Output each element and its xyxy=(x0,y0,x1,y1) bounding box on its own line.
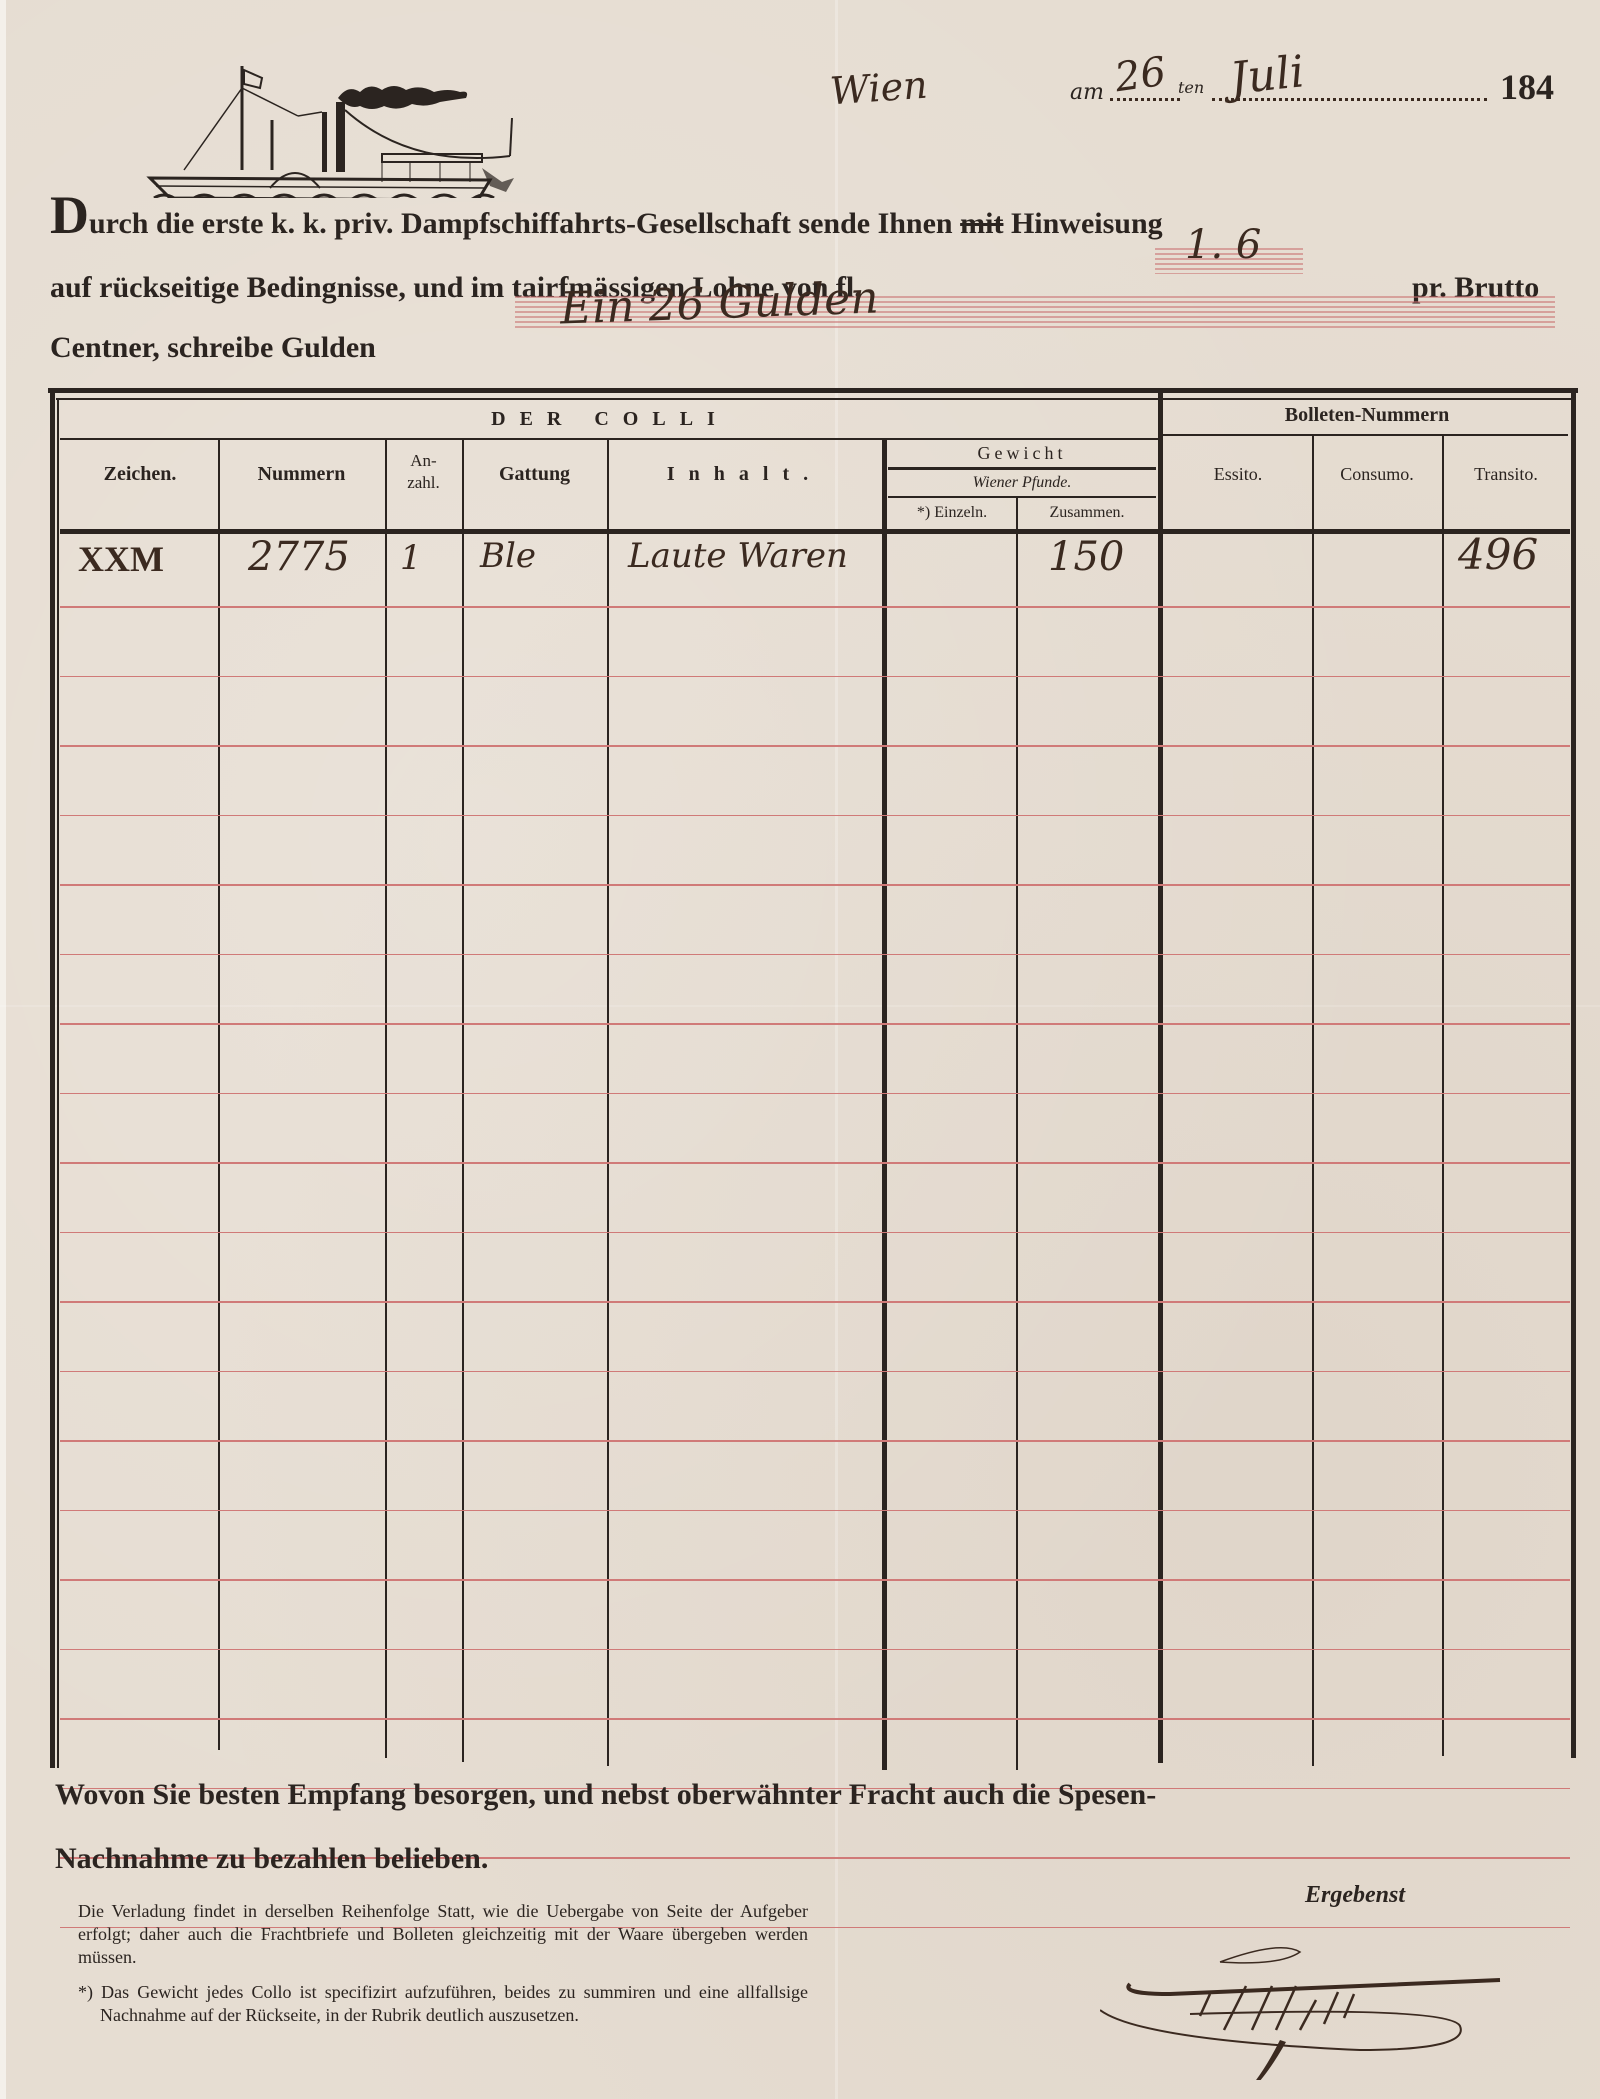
colli-table: DER COLLI Bolleten-Nummern Zeichen. Numm… xyxy=(48,388,1578,1768)
note-gewicht: *) Das Gewicht jedes Collo ist specifizi… xyxy=(78,1981,808,2027)
closing-line-2: Nachnahme zu bezahlen belieben. xyxy=(55,1842,488,1876)
col-divider xyxy=(385,440,387,1758)
col-header-anzahl-line2: zahl. xyxy=(385,472,462,494)
intro-line-3: Centner, schreibe Gulden xyxy=(50,316,376,380)
closing-line-1: Wovon Sie besten Empfang besorgen, und n… xyxy=(55,1778,1156,1812)
row-rule-line xyxy=(60,815,1570,817)
day-handwritten: 26 xyxy=(1112,49,1169,102)
footnotes: Die Verladung findet in derselben Reihen… xyxy=(78,1900,808,2039)
row-rule-line xyxy=(60,676,1570,678)
row-rule-line xyxy=(60,1510,1570,1512)
cell-transito[interactable]: 496 xyxy=(1458,530,1538,579)
row-rule-line xyxy=(60,1440,1570,1442)
cell-gattung[interactable]: Ble xyxy=(480,536,536,576)
col-divider xyxy=(218,440,220,1750)
col-header-wiener-pfunde: Wiener Pfunde. xyxy=(888,470,1156,496)
row-rule-line xyxy=(60,884,1570,886)
row-rule-line xyxy=(60,1579,1570,1581)
row-rule-line xyxy=(60,1371,1570,1373)
row-rule-line xyxy=(60,1093,1570,1095)
row-rule-line xyxy=(60,1301,1570,1303)
cell-nummern[interactable]: 2775 xyxy=(248,534,350,580)
cell-anzahl[interactable]: 1 xyxy=(400,538,422,578)
row-rule-line xyxy=(60,1718,1570,1720)
group-label-der-colli: DER COLLI xyxy=(60,400,1160,438)
col-header-gattung: Gattung xyxy=(462,450,607,498)
col-header-zusammen: Zusammen. xyxy=(1018,498,1156,528)
col-divider xyxy=(607,440,609,1766)
col-header-einzeln: *) Einzeln. xyxy=(888,498,1016,528)
day-suffix: ten xyxy=(1178,78,1204,97)
month-handwritten: Juli xyxy=(1228,46,1307,104)
note-verladung: Die Verladung findet in derselben Reihen… xyxy=(78,1900,808,1969)
cell-zusammen[interactable]: 150 xyxy=(1048,534,1124,580)
col-header-zeichen: Zeichen. xyxy=(60,450,220,498)
signature-icon xyxy=(1100,1920,1540,2080)
place-handwritten: Wien xyxy=(829,63,929,114)
row-rule-line xyxy=(60,1232,1570,1234)
col-header-consumo: Consumo. xyxy=(1312,450,1442,498)
group-label-bolleten-nummern: Bolleten-Nummern xyxy=(1164,396,1570,434)
intro-text: urch die erste k. k. priv. Dampfschiffah… xyxy=(89,207,960,240)
steamship-illustration-icon xyxy=(110,58,590,198)
table-top-border xyxy=(48,388,1578,393)
ergebenst-label: Ergebenst xyxy=(1305,1882,1405,1909)
intro-line-1: Durch die erste k. k. priv. Dampfschiffa… xyxy=(50,192,1163,256)
col-divider xyxy=(1442,436,1444,1756)
row-rule-line xyxy=(60,1649,1570,1651)
col-divider-bolleten xyxy=(1158,393,1163,1763)
row-rule-line xyxy=(60,1023,1570,1025)
date-prefix: am xyxy=(1070,80,1104,105)
drop-cap: D xyxy=(50,185,89,245)
cell-inhalt[interactable]: Laute Waren xyxy=(628,536,848,576)
struck-word: mit xyxy=(960,207,1003,240)
row-rule-line xyxy=(60,606,1570,608)
table-left-border xyxy=(50,388,55,1768)
col-header-essito: Essito. xyxy=(1164,450,1312,498)
rate-handwritten: 1. 6 xyxy=(1185,222,1261,268)
col-divider-gewicht xyxy=(882,440,887,1770)
row-rule-line xyxy=(60,954,1570,956)
table-right-border xyxy=(1571,388,1576,1758)
intro-text: Hinweisung xyxy=(1003,207,1162,240)
intro-text: Centner, schreibe Gulden xyxy=(50,331,376,364)
year-printed: 184 xyxy=(1500,66,1554,108)
col-divider xyxy=(462,440,464,1762)
table-left-inner-border xyxy=(57,398,59,1768)
row-rule-line xyxy=(60,1162,1570,1164)
col-header-transito: Transito. xyxy=(1442,450,1570,498)
paper-edge xyxy=(0,0,6,2099)
col-header-inhalt: Inhalt. xyxy=(607,450,882,498)
col-header-anzahl: An- zahl. xyxy=(385,450,462,494)
row-rule-line xyxy=(60,745,1570,747)
col-header-anzahl-line1: An- xyxy=(385,450,462,472)
bolleten-group-divider xyxy=(1162,434,1568,436)
col-divider xyxy=(1312,436,1314,1766)
cell-zeichen[interactable]: XXM xyxy=(78,538,164,580)
col-header-nummern: Nummern xyxy=(218,450,385,498)
col-header-gewicht: Gewicht xyxy=(888,440,1156,466)
